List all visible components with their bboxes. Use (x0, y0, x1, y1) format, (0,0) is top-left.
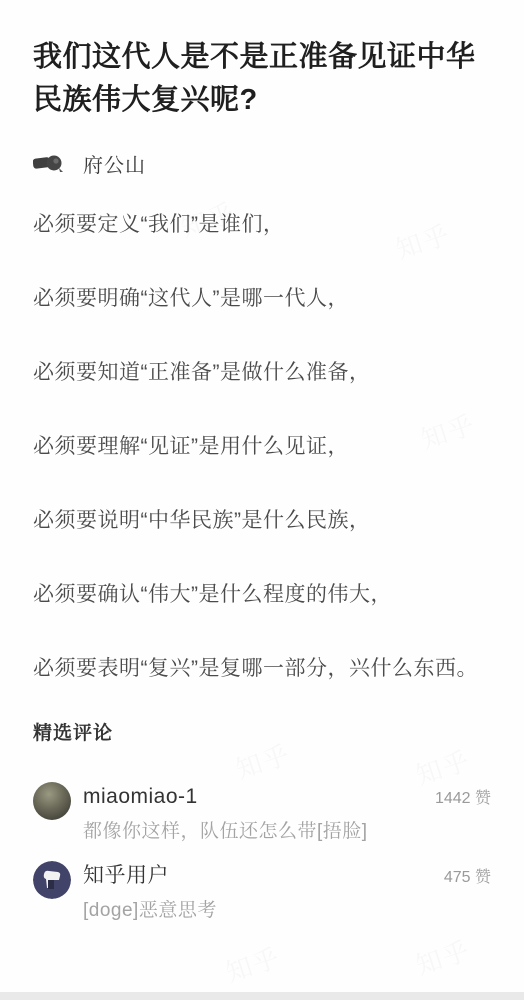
featured-comments-header: 精选评论 (33, 721, 491, 747)
answer-paragraph: 必须要理解“见证”是用什么见证， (33, 425, 491, 469)
comment-main: miaomiao-1 1442 赞 都像你这样，队伍还怎么带[捂脸] (83, 782, 491, 846)
comment-text: [doge]恶意思考 (83, 897, 491, 925)
bottom-edge-strip (0, 992, 524, 1000)
photo-avatar (33, 782, 71, 820)
post-title: 我们这代人是不是正准备见证中华民族伟大复兴呢? (33, 36, 491, 122)
comment-author-name[interactable]: 知乎用户 (83, 861, 444, 891)
author-name[interactable]: 府公山 (83, 149, 146, 178)
comment-text: 都像你这样，队伍还怎么带[捂脸] (83, 818, 491, 846)
answer-body: 必须要定义“我们”是谁们， 必须要明确“这代人”是哪一代人， 必须要知道“正准备… (33, 203, 491, 691)
answer-paragraph: 必须要说明“中华民族”是什么民族， (33, 499, 491, 543)
watermark: 知乎 (221, 937, 286, 989)
zhihu-post-page: 知乎 知乎 知乎 知乎 知乎 知乎 知乎 我们这代人是不是正准备见证中华民族伟大… (0, 0, 524, 1000)
comment-author-name[interactable]: miaomiao-1 (83, 782, 435, 812)
answer-paragraph: 必须要定义“我们”是谁们， (33, 203, 491, 247)
answer-paragraph: 必须要知道“正准备”是做什么准备， (33, 351, 491, 395)
answer-paragraph: 必须要表明“复兴”是复哪一部分，兴什么东西。 (33, 647, 491, 691)
author-row[interactable]: 府公山 (33, 148, 491, 178)
anonymous-user-avatar-icon (33, 861, 71, 899)
avatar[interactable] (33, 782, 71, 820)
comment-row[interactable]: miaomiao-1 1442 赞 都像你这样，队伍还怎么带[捂脸] (33, 782, 491, 846)
answer-paragraph: 必须要确认“伟大”是什么程度的伟大， (33, 573, 491, 617)
comment-like-count[interactable]: 475 赞 (444, 863, 491, 893)
comment-like-count[interactable]: 1442 赞 (435, 784, 491, 814)
avatar[interactable] (33, 861, 71, 899)
hand-flag-icon (33, 151, 65, 175)
comment-row[interactable]: 知乎用户 475 赞 [doge]恶意思考 (33, 861, 491, 925)
answer-paragraph: 必须要明确“这代人”是哪一代人， (33, 277, 491, 321)
watermark: 知乎 (411, 930, 476, 982)
comment-main: 知乎用户 475 赞 [doge]恶意思考 (83, 861, 491, 925)
